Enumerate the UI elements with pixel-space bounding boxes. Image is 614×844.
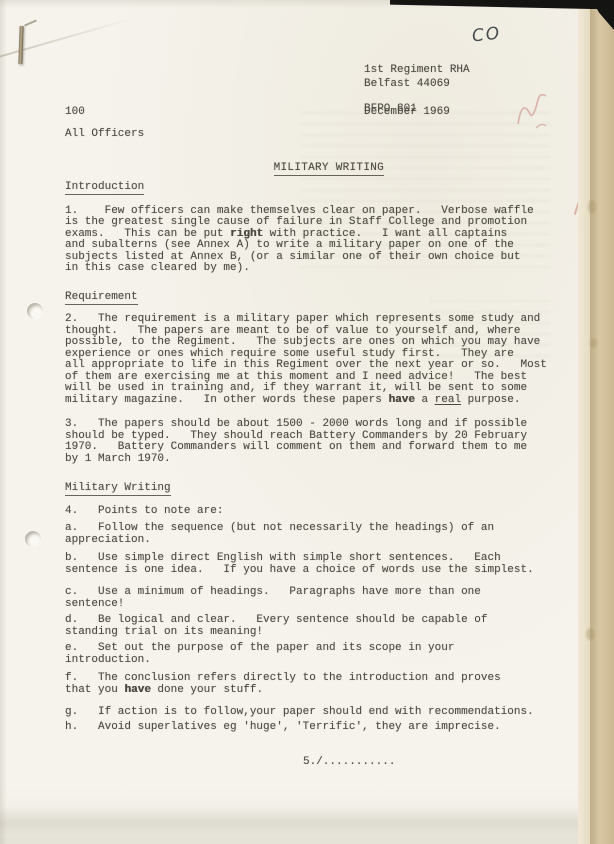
paragraph-4: 4. Points to note are: [65, 506, 580, 518]
section-heading-introduction: Introduction [65, 182, 580, 194]
heading-text: Introduction [65, 181, 144, 195]
paragraph-1: 1. Few officers can make themselves clea… [65, 206, 580, 275]
punch-hole [25, 531, 41, 547]
document-title-text: MILITARY WRITING [274, 162, 384, 176]
document-body: Introduction 1. Few officers can make th… [65, 182, 580, 733]
edge-stain [588, 200, 596, 214]
heading-text: Requirement [65, 291, 138, 305]
edge-stain [590, 338, 597, 348]
punch-hole [27, 303, 43, 319]
telephone-line: Belfast 44069 [364, 78, 450, 91]
bold-word-right: right [230, 228, 263, 240]
reference-number: 100 [65, 106, 85, 119]
subitem-g: g. If action is to follow,your paper sho… [65, 707, 580, 719]
handwritten-co-annotation: CO [471, 24, 502, 47]
subitem-d: d. Be logical and clear. Every sentence … [65, 615, 580, 638]
heading-text: Military Writing [65, 482, 171, 496]
bold-word-have: have [124, 684, 150, 696]
paragraph-text: purpose. [461, 394, 520, 406]
bottom-fold-shadow [0, 806, 590, 836]
unit-name: 1st Regiment RHA [364, 64, 470, 77]
subitem-h: h. Avoid superlatives eg 'huge', 'Terrif… [65, 722, 580, 734]
page-continuation-marker: 5./........... [303, 756, 395, 769]
subitem-a: a. Follow the sequence (but not necessar… [65, 523, 580, 546]
staple [18, 26, 23, 64]
red-pencil-mark [512, 84, 554, 132]
subitem-c: c. Use a minimum of headings. Paragraphs… [65, 587, 580, 610]
paragraph-text: 2. The requirement is a military paper w… [65, 313, 547, 406]
underlined-word-real: real [435, 394, 461, 406]
subitem-e: e. Set out the purpose of the paper and … [65, 643, 580, 666]
date-line: December 1969 [364, 106, 450, 119]
addressee-line: All Officers [65, 128, 144, 141]
scanned-memo-page: { "header": { "handwritten_note": "CO", … [0, 0, 614, 844]
page-stack-edge [590, 3, 614, 844]
section-heading-requirement: Requirement [65, 292, 580, 304]
section-heading-military-writing: Military Writing [65, 483, 580, 495]
document-page: CO 1st Regiment RHA BFPO 801 Belfast 440… [0, 0, 590, 844]
paragraph-2: 2. The requirement is a military paper w… [65, 314, 580, 406]
subitem-f: f. The conclusion refers directly to the… [65, 673, 580, 696]
edge-stain [586, 628, 595, 640]
bold-word-have: have [388, 394, 414, 406]
paragraph-3: 3. The papers should be about 1500 - 200… [65, 419, 580, 465]
subitem-b: b. Use simple direct English with simple… [65, 553, 580, 576]
paragraph-text: done your stuff. [151, 684, 263, 696]
paragraph-text: a [415, 394, 435, 406]
staple-mark [24, 19, 37, 26]
